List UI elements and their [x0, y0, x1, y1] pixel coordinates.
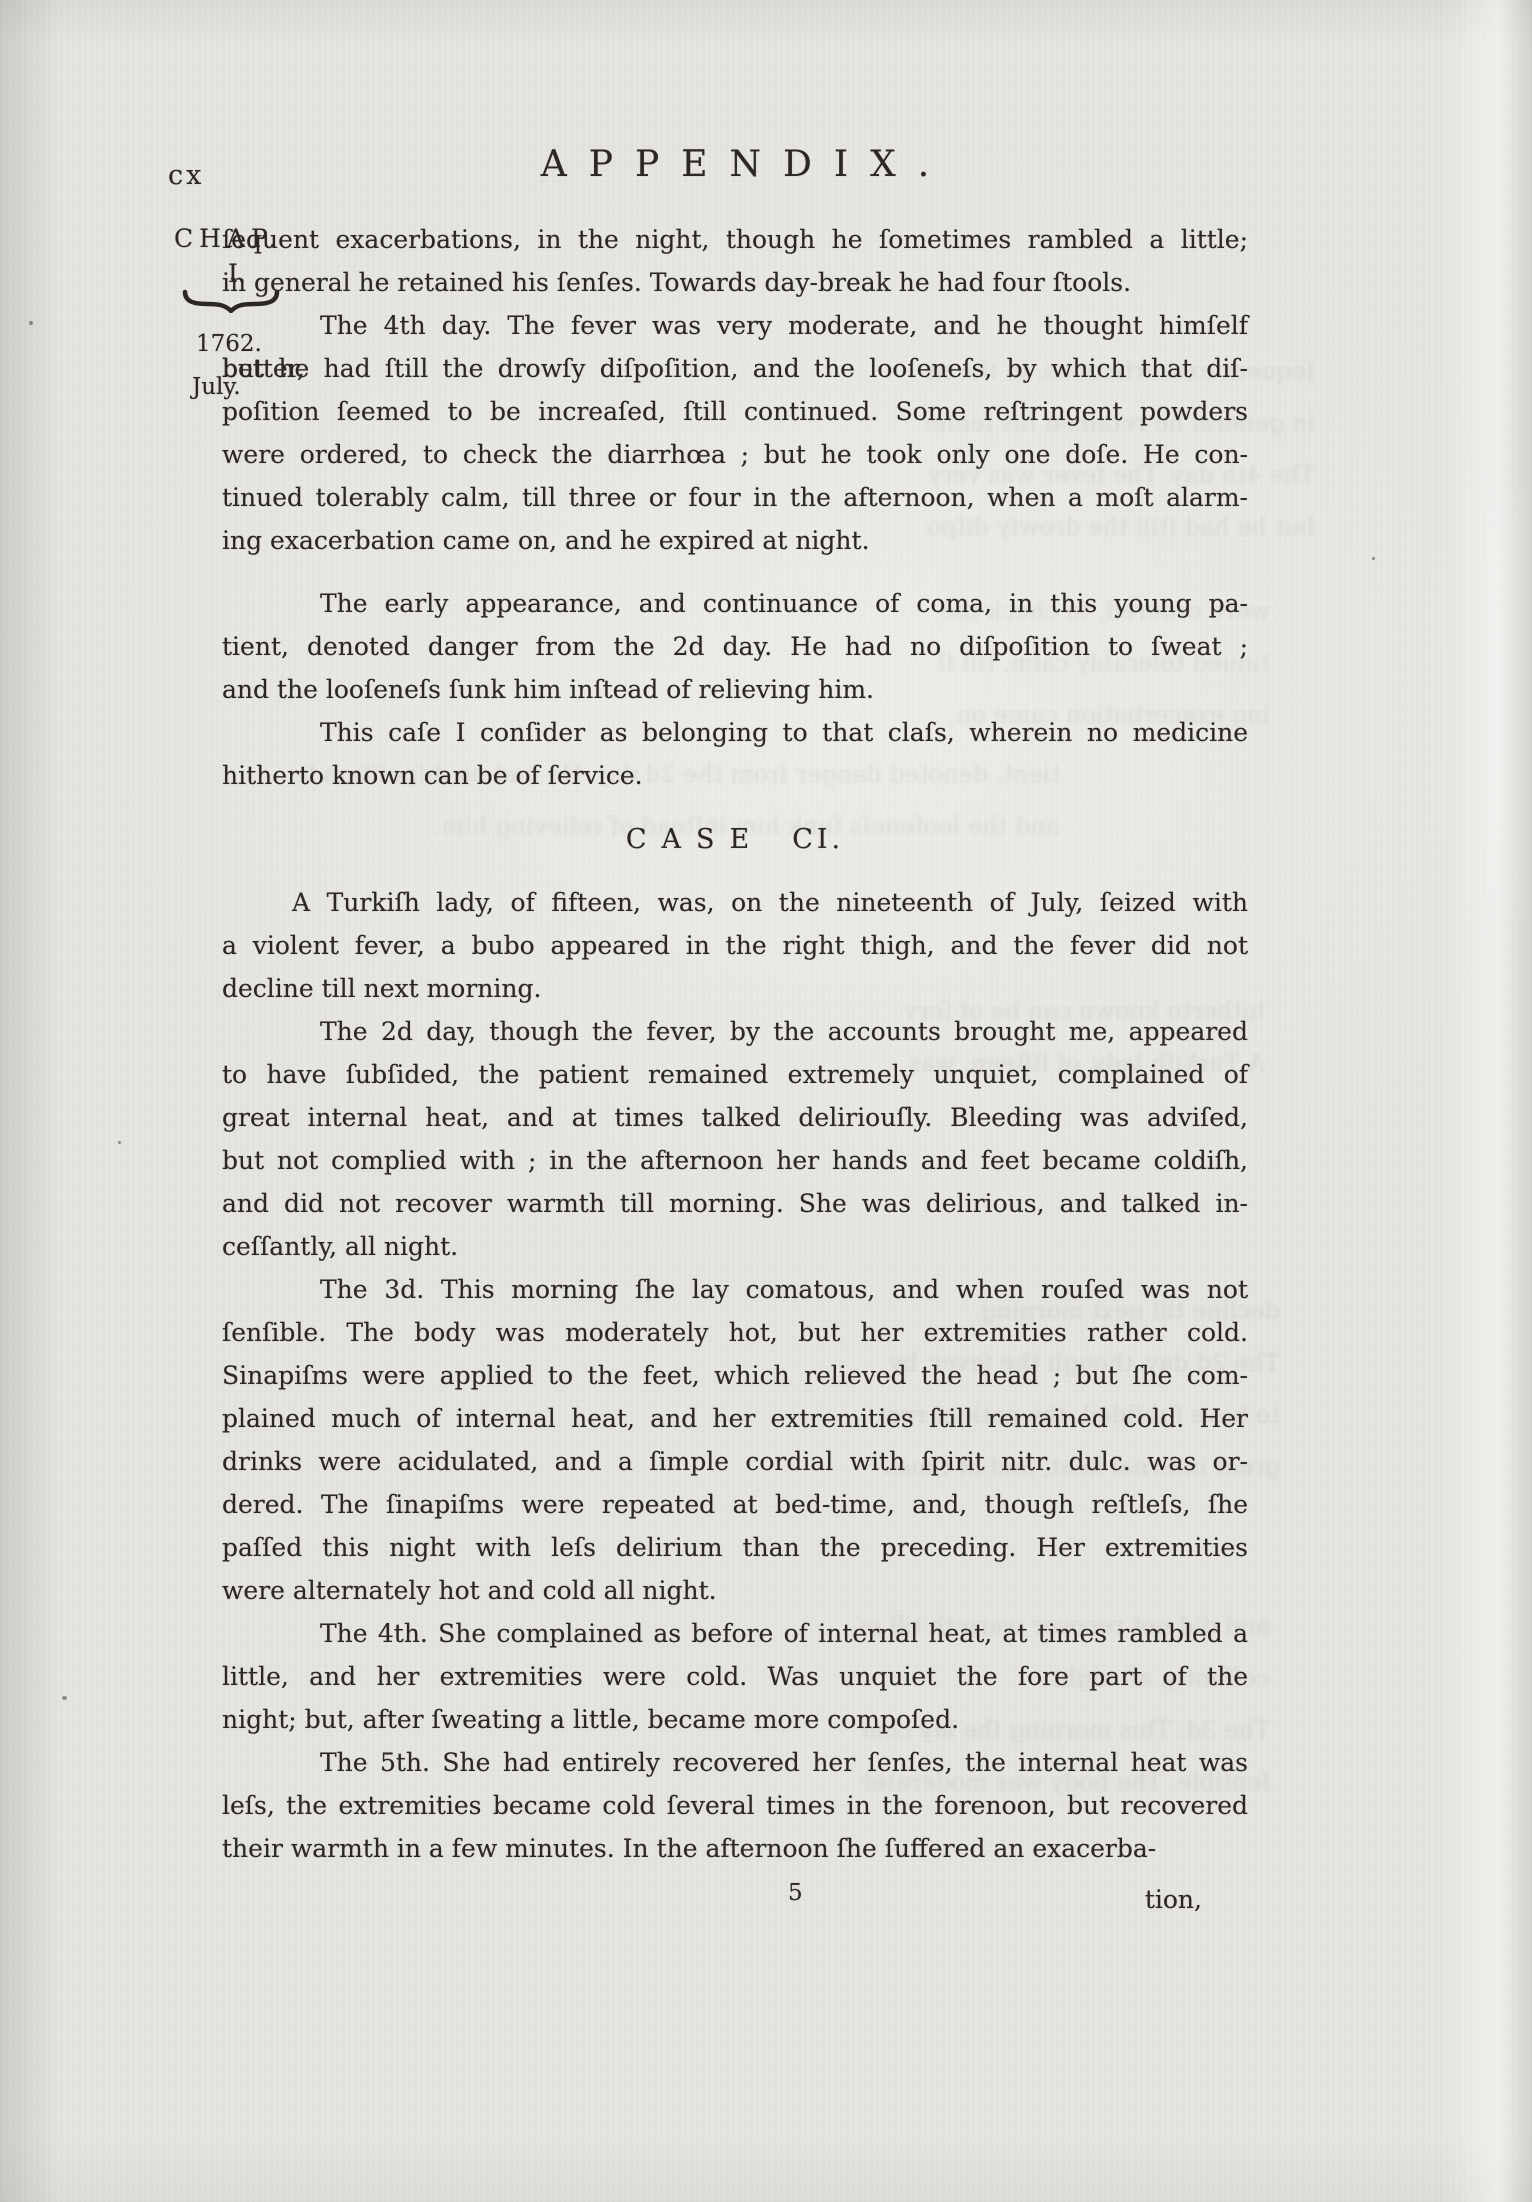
paper-speck [118, 1141, 121, 1144]
paragraph: ſequent exacerbations, in the night, tho… [222, 218, 1248, 304]
text-line: paſſed this night with leſs delirium tha… [222, 1526, 1248, 1569]
text-line: The 3d. This morning ſhe lay comatous, a… [222, 1268, 1248, 1311]
catch-line: 5 tion, [222, 1868, 1248, 1911]
text-line: tient, denoted danger from the 2d day. H… [222, 625, 1248, 668]
paragraph: The 3d. This morning ſhe lay comatous, a… [222, 1268, 1248, 1612]
text-line: The 5th. She had entirely recovered her … [222, 1741, 1248, 1784]
text-line: ceſſantly, all night. [222, 1225, 1248, 1268]
catchword: tion, [1145, 1878, 1202, 1921]
case-heading-numeral: CI. [792, 824, 844, 855]
text-line: were ordered, to check the diarrhœa ; bu… [222, 433, 1248, 476]
text-line: Sinapiſms were applied to the feet, whic… [222, 1354, 1248, 1397]
paragraph: The 4th. She complained as before of int… [222, 1612, 1248, 1741]
text-line: and the looſeneſs ſunk him inſtead of re… [222, 668, 1248, 711]
text-column: ſequent exacerbations, in the night, tho… [222, 218, 1248, 1911]
text-line: hitherto known can be of ſervice. [222, 754, 1248, 797]
text-line: in general he retained his ſenſes. Towar… [222, 261, 1248, 304]
paragraph: The 2d day, though the fever, by the acc… [222, 1010, 1248, 1268]
running-title: APPENDIX. [222, 144, 1248, 185]
body-section: A Turkiſh lady, of fifteen, was, on the … [222, 881, 1248, 1870]
text-line: poſition ſeemed to be increaſed, ſtill c… [222, 390, 1248, 433]
text-line: but not complied with ; in the afternoon… [222, 1139, 1248, 1182]
text-line: plained much of internal heat, and her e… [222, 1397, 1248, 1440]
paper-speck [29, 321, 33, 325]
folio-page-number: cx [168, 160, 204, 191]
paper-speck [1372, 557, 1375, 560]
text-line: The 4th. She complained as before of int… [222, 1612, 1248, 1655]
paper-speck [62, 1696, 67, 1700]
text-line: decline till next morning. [222, 967, 1248, 1010]
text-line: The 2d day, though the fever, by the acc… [222, 1010, 1248, 1053]
text-line: were alternately hot and cold all night. [222, 1569, 1248, 1612]
text-line: a violent fever, a bubo appeared in the … [222, 924, 1248, 967]
text-line: and did not recover warmth till morning.… [222, 1182, 1248, 1225]
paragraph: The early appearance, and continuance of… [222, 582, 1248, 711]
case-heading-word: CASE [626, 824, 764, 855]
paragraph: This caſe I conſider as belonging to tha… [222, 711, 1248, 797]
paragraph: A Turkiſh lady, of fifteen, was, on the … [222, 881, 1248, 1010]
text-line: their warmth in a few minutes. In the af… [222, 1827, 1248, 1870]
case-heading: CASECI. [222, 818, 1248, 861]
text-line: tinued tolerably calm, till three or fou… [222, 476, 1248, 519]
book-page-scan: ſequent exacerbations, in the night, tho… [0, 0, 1532, 2202]
text-line: to have ſubſided, the patient remained e… [222, 1053, 1248, 1096]
text-line: ing exacerbation came on, and he expired… [222, 519, 1248, 562]
body-section: ſequent exacerbations, in the night, tho… [222, 218, 1248, 797]
text-line: ſequent exacerbations, in the night, tho… [222, 218, 1248, 261]
paragraph: The 5th. She had entirely recovered her … [222, 1741, 1248, 1870]
text-line: The early appearance, and continuance of… [222, 582, 1248, 625]
text-line: This caſe I conſider as belonging to tha… [222, 711, 1248, 754]
text-line: drinks were acidulated, and a ſimple cor… [222, 1440, 1248, 1483]
text-line: ſenſible. The body was moderately hot, b… [222, 1311, 1248, 1354]
paragraph: The 4th day. The fever was very moderate… [222, 304, 1248, 562]
text-line: The 4th day. The fever was very moderate… [222, 304, 1248, 347]
text-line: dered. The ſinapiſms were repeated at be… [222, 1483, 1248, 1526]
text-line: but he had ſtill the drowſy diſpoſition,… [222, 347, 1248, 390]
text-line: great internal heat, and at times talked… [222, 1096, 1248, 1139]
signature-mark: 5 [788, 1872, 803, 1915]
text-line: night; but, after ſweating a little, bec… [222, 1698, 1248, 1741]
text-line: leſs, the extremities became cold ſevera… [222, 1784, 1248, 1827]
text-line: A Turkiſh lady, of fifteen, was, on the … [222, 881, 1248, 924]
text-line: little, and her extremities were cold. W… [222, 1655, 1248, 1698]
